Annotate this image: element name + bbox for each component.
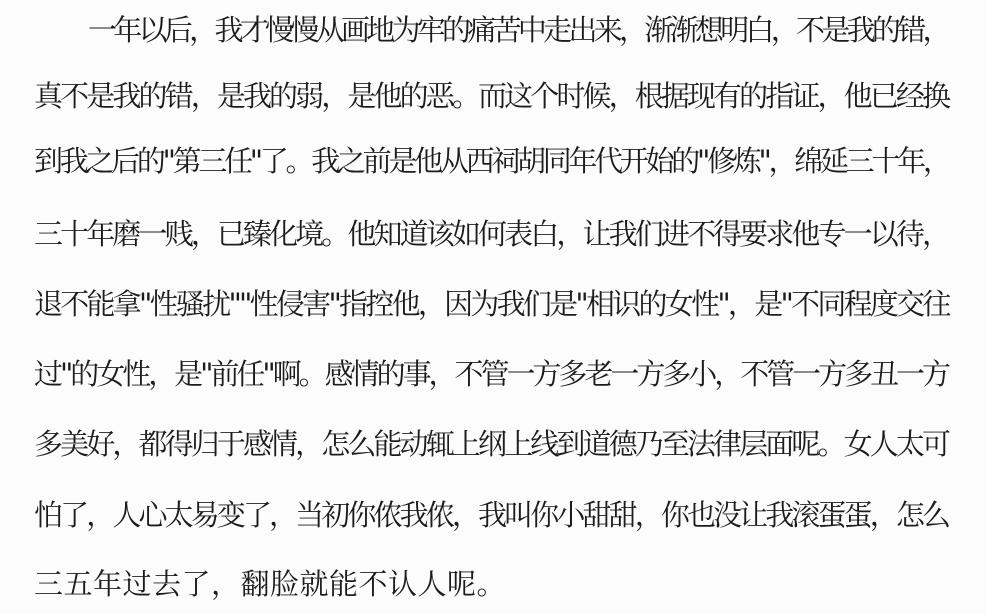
paragraph-line-7: 多美好，都得归于感情，怎么能动辄上纲上线到道德乃至法律层面呢。女人太可 xyxy=(34,424,948,464)
paragraph-line-6: 过"的女性，是"前任"啊。感情的事，不管一方多老一方多小，不管一方多丑一方 xyxy=(34,354,948,394)
paragraph-line-9: 三五年过去了，翻脸就能不认人呢。 xyxy=(34,564,506,604)
paragraph-line-5: 退不能拿"性骚扰""性侵害"指控他，因为我们是"相识的女性"，是"不同程度交往 xyxy=(34,284,949,324)
paragraph-line-1: 一年以后，我才慢慢从画地为牢的痛苦中走出来，渐渐想明白，不是我的错， xyxy=(88,10,948,50)
paragraph-line-4: 三十年磨一贱，已臻化境。他知道该如何表白，让我们进不得要求他专一以待， xyxy=(34,214,948,254)
paragraph-line-8: 怕了，人心太易变了，当初你侬我侬，我叫你小甜甜，你也没让我滚蛋蛋，怎么 xyxy=(34,495,948,535)
document-page: 一年以后，我才慢慢从画地为牢的痛苦中走出来，渐渐想明白，不是我的错， 真不是我的… xyxy=(0,0,986,614)
paragraph-line-2: 真不是我的错，是我的弱，是他的恶。而这个时候，根据现有的指证，他已经换 xyxy=(34,76,948,116)
paragraph-line-3: 到我之后的"第三任"了。我之前是他从西祠胡同年代开始的"修炼"，绵延三十年， xyxy=(34,141,949,181)
